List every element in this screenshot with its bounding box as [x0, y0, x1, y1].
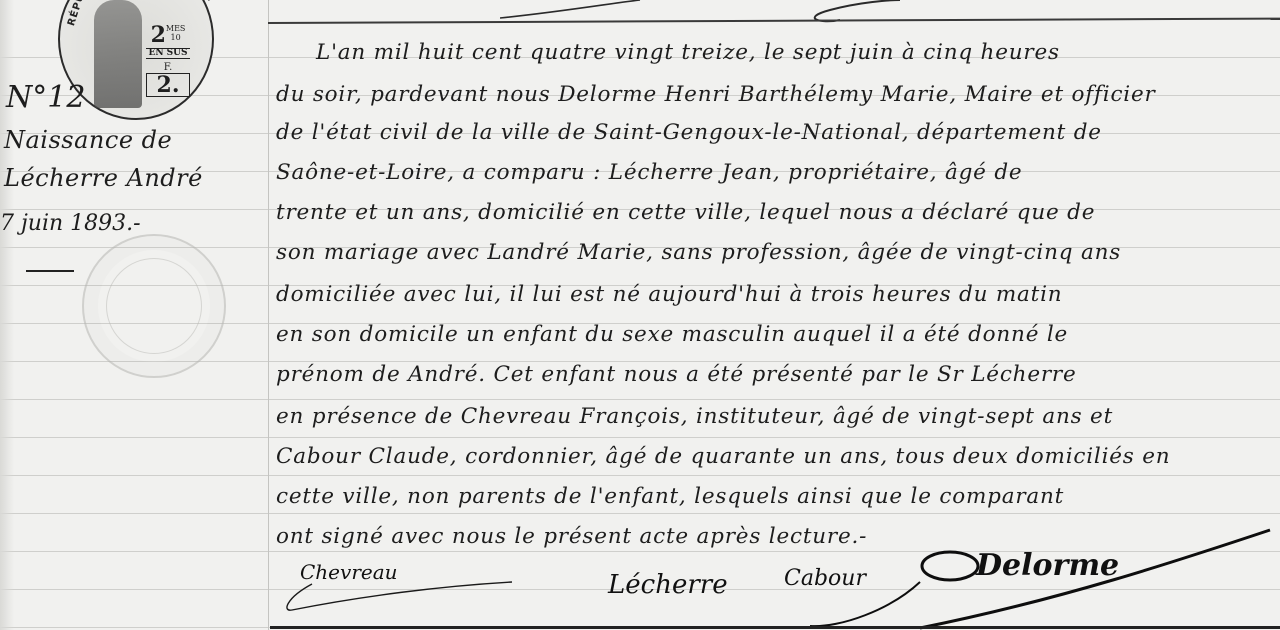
stamp-en-sus: EN SUS [146, 48, 190, 59]
margin-dash [26, 270, 74, 272]
stamp-fraction-top: MES [166, 24, 186, 33]
margin-rule [268, 0, 269, 630]
body-line-9: prénom de André. Cet enfant nous a été p… [276, 362, 1276, 387]
bottom-separator-rule [270, 626, 1280, 629]
stamp-fraction-bottom: 10 [171, 33, 181, 42]
body-line-7: domiciliée avec lui, il lui est né aujou… [276, 282, 1276, 307]
stamp-legend-right: FRANÇAISE [183, 0, 216, 3]
body-line-10: en présence de Chevreau François, instit… [276, 404, 1276, 429]
stamp-value-main: 2 [151, 22, 166, 48]
entry-number: N°12 [6, 80, 85, 115]
signature-mayor-delorme: Delorme [976, 548, 1119, 583]
stamp-value-box: 2MES10 EN SUS F. 2. [146, 24, 190, 97]
entry-date: 7 juin 1893.- [0, 211, 141, 236]
embossed-seal-icon [82, 234, 226, 378]
body-line-2: du soir, pardevant nous Delorme Henri Ba… [276, 82, 1276, 107]
body-line-12: cette ville, non parents de l'enfant, le… [276, 484, 1276, 509]
signature-declarant-lecherre: Lécherre [608, 570, 728, 600]
signature-witness-chevreau: Chevreau [300, 560, 398, 584]
embossed-seal-inner-ring [106, 258, 202, 354]
register-page: RÉPUBLIQUE FRANÇAISE 2MES10 EN SUS F. 2.… [0, 0, 1280, 630]
body-line-1: L'an mil huit cent quatre vingt treize, … [316, 40, 1280, 65]
stamp-value-fraction: MES10 [166, 24, 186, 42]
stamp-justice-figure-icon [94, 0, 142, 108]
body-line-8: en son domicile un enfant du sexe mascul… [276, 322, 1276, 347]
entry-title-line2: Lécherre André [4, 164, 203, 192]
body-line-6: son mariage avec Landré Marie, sans prof… [276, 240, 1276, 265]
body-line-5: trente et un ans, domicilié en cette vil… [276, 200, 1276, 225]
stamp-franc-value: 2. [146, 73, 190, 97]
body-line-11: Cabour Claude, cordonnier, âgé de quaran… [276, 444, 1276, 469]
body-line-4: Saône-et-Loire, a comparu : Lécherre Jea… [276, 160, 1276, 185]
body-line-3: de l'état civil de la ville de Saint-Gen… [276, 120, 1276, 145]
entry-title-line1: Naissance de [4, 126, 172, 154]
